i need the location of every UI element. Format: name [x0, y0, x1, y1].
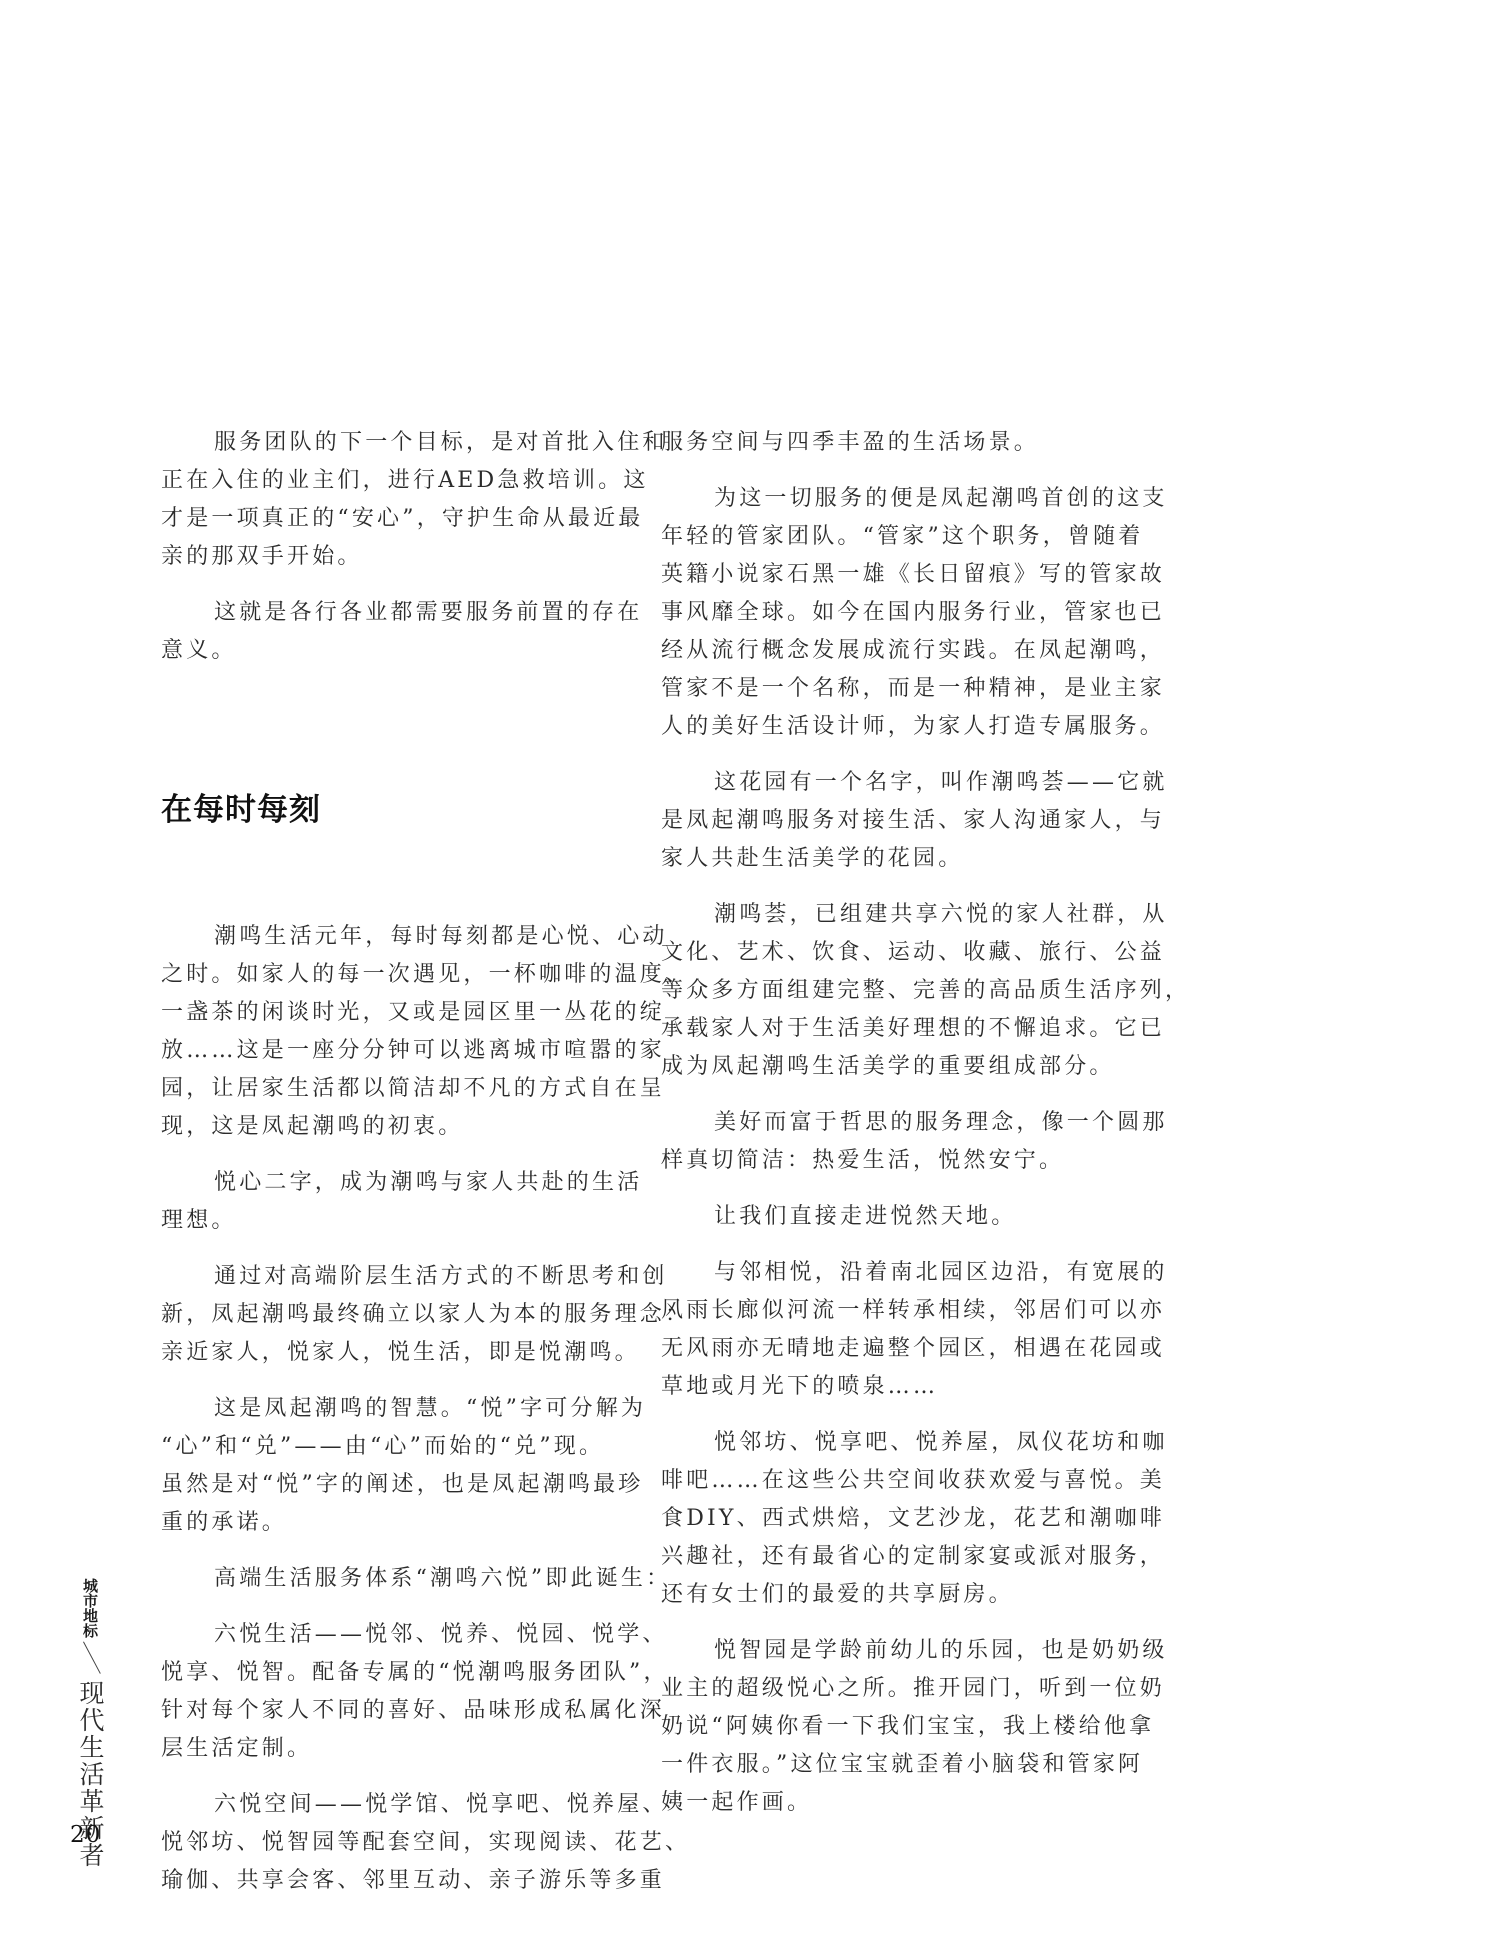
text-line: 样真切简洁：热爱生活，悦然安宁。 — [661, 1142, 1113, 1180]
text-line: 高端生活服务体系“潮鸣六悦”即此诞生： — [161, 1560, 613, 1598]
text-line: 这就是各行各业都需要服务前置的存在 — [161, 594, 613, 632]
text-line: 园，让居家生活都以简洁却不凡的方式自在呈 — [161, 1070, 613, 1108]
paragraph: 服务团队的下一个目标，是对首批入住和 正在入住的业主们，进行AED急救培训。这 … — [161, 424, 613, 576]
text-line: 承载家人对于生活美好理想的不懈追求。它已 — [661, 1010, 1113, 1048]
text-line: 啡吧……在这些公共空间收获欢爱与喜悦。美 — [661, 1462, 1113, 1500]
paragraph: 潮鸣荟，已组建共享六悦的家人社群，从 文化、艺术、饮食、运动、收藏、旅行、公益 … — [661, 896, 1113, 1086]
text-line: 管家不是一个名称，而是一种精神，是业主家 — [661, 670, 1113, 708]
text-line: 放……这是一座分分钟可以逃离城市喧嚣的家 — [161, 1032, 613, 1070]
text-line: 潮鸣荟，已组建共享六悦的家人社群，从 — [661, 896, 1113, 934]
text-line: 理想。 — [161, 1202, 613, 1240]
text-line: 六悦空间——悦学馆、悦享吧、悦养屋、 — [161, 1786, 613, 1824]
text-line: 亲近家人，悦家人，悦生活，即是悦潮鸣。 — [161, 1334, 613, 1372]
section-heading: 在每时每刻 — [161, 780, 613, 840]
text-line: 等众多方面组建完整、完善的高品质生活序列， — [661, 972, 1113, 1010]
text-line: 潮鸣生活元年，每时每刻都是心悦、心动 — [161, 918, 613, 956]
text-line: 家人共赴生活美学的花园。 — [661, 840, 1113, 878]
text-line: 意义。 — [161, 632, 613, 670]
text-line: 兴趣社，还有最省心的定制家宴或派对服务， — [661, 1538, 1113, 1576]
spacer — [161, 688, 613, 740]
paragraph: 六悦生活——悦邻、悦养、悦园、悦学、 悦享、悦智。配备专属的“悦潮鸣服务团队”，… — [161, 1616, 613, 1768]
text-line: 食DIY、西式烘焙，文艺沙龙，花艺和潮咖啡 — [661, 1500, 1113, 1538]
text-line: 服务团队的下一个目标，是对首批入住和 — [161, 424, 613, 462]
paragraph: 悦心二字，成为潮鸣与家人共赴的生活 理想。 — [161, 1164, 613, 1240]
paragraph-continued: 服务空间与四季丰盈的生活场景。 — [661, 424, 1113, 462]
text-line: 之时。如家人的每一次遇见，一杯咖啡的温度、 — [161, 956, 613, 994]
text-line: 文化、艺术、饮食、运动、收藏、旅行、公益 — [661, 934, 1113, 972]
text-line: 通过对高端阶层生活方式的不断思考和创 — [161, 1258, 613, 1296]
text-line: 与邻相悦，沿着南北园区边沿，有宽展的 — [661, 1254, 1113, 1292]
text-line: 新，凤起潮鸣最终确立以家人为本的服务理念： — [161, 1296, 613, 1334]
text-line: 无风雨亦无晴地走遍整个园区，相遇在花园或 — [661, 1330, 1113, 1368]
text-line: 事风靡全球。如今在国内服务行业，管家也已 — [661, 594, 1113, 632]
text-line: 重的承诺。 — [161, 1504, 613, 1542]
text-line: 服务空间与四季丰盈的生活场景。 — [661, 424, 1113, 462]
text-line: 为这一切服务的便是凤起潮鸣首创的这支 — [661, 480, 1113, 518]
text-line: 美好而富于哲思的服务理念，像一个圆那 — [661, 1104, 1113, 1142]
text-line: 经从流行概念发展成流行实践。在凤起潮鸣， — [661, 632, 1113, 670]
text-line: 悦心二字，成为潮鸣与家人共赴的生活 — [161, 1164, 613, 1202]
text-line: 层生活定制。 — [161, 1730, 613, 1768]
slash-divider — [89, 1642, 91, 1676]
text-line: 人的美好生活设计师，为家人打造专属服务。 — [661, 708, 1113, 746]
paragraph: 这是凤起潮鸣的智慧。“悦”字可分解为 “心”和“兑”——由“心”而始的“兑”现。… — [161, 1390, 613, 1542]
text-line: 风雨长廊似河流一样转承相续，邻居们可以亦 — [661, 1292, 1113, 1330]
text-line: 一件衣服。”这位宝宝就歪着小脑袋和管家阿 — [661, 1746, 1113, 1784]
text-line: 悦享、悦智。配备专属的“悦潮鸣服务团队”， — [161, 1654, 613, 1692]
text-line: 正在入住的业主们，进行AED急救培训。这 — [161, 462, 613, 500]
paragraph: 这就是各行各业都需要服务前置的存在 意义。 — [161, 594, 613, 670]
paragraph: 高端生活服务体系“潮鸣六悦”即此诞生： — [161, 1560, 613, 1598]
paragraph: 通过对高端阶层生活方式的不断思考和创 新，凤起潮鸣最终确立以家人为本的服务理念：… — [161, 1258, 613, 1372]
paragraph: 潮鸣生活元年，每时每刻都是心悦、心动 之时。如家人的每一次遇见，一杯咖啡的温度、… — [161, 918, 613, 1146]
paragraph: 这花园有一个名字，叫作潮鸣荟——它就 是凤起潮鸣服务对接生活、家人沟通家人，与 … — [661, 764, 1113, 878]
text-line: 还有女士们的最爱的共享厨房。 — [661, 1576, 1113, 1614]
text-line: 这花园有一个名字，叫作潮鸣荟——它就 — [661, 764, 1113, 802]
paragraph: 美好而富于哲思的服务理念，像一个圆那 样真切简洁：热爱生活，悦然安宁。 — [661, 1104, 1113, 1180]
text-line: 英籍小说家石黑一雄《长日留痕》写的管家故 — [661, 556, 1113, 594]
paragraph: 让我们直接走进悦然天地。 — [661, 1198, 1113, 1236]
text-line: 奶说“阿姨你看一下我们宝宝，我上楼给他拿 — [661, 1708, 1113, 1746]
text-line: 悦智园是学龄前幼儿的乐园，也是奶奶级 — [661, 1632, 1113, 1670]
magazine-page: 服务团队的下一个目标，是对首批入住和 正在入住的业主们，进行AED急救培训。这 … — [0, 0, 1488, 1949]
paragraph: 与邻相悦，沿着南北园区边沿，有宽展的 风雨长廊似河流一样转承相续，邻居们可以亦 … — [661, 1254, 1113, 1406]
page-number: 20 — [70, 1822, 101, 1848]
text-line: 一盏茶的闲谈时光，又或是园区里一丛花的绽 — [161, 994, 613, 1032]
paragraph: 六悦空间——悦学馆、悦享吧、悦养屋、 悦邻坊、悦智园等配套空间，实现阅读、花艺、… — [161, 1786, 613, 1900]
section-label: 城市地标 — [81, 1578, 99, 1638]
left-column: 服务团队的下一个目标，是对首批入住和 正在入住的业主们，进行AED急救培训。这 … — [161, 424, 613, 1918]
text-line: 现，这是凤起潮鸣的初衷。 — [161, 1108, 613, 1146]
text-line: 年轻的管家团队。“管家”这个职务，曾随着 — [661, 518, 1113, 556]
text-line: 六悦生活——悦邻、悦养、悦园、悦学、 — [161, 1616, 613, 1654]
text-line: 针对每个家人不同的喜好、品味形成私属化深 — [161, 1692, 613, 1730]
text-line: 亲的那双手开始。 — [161, 538, 613, 576]
text-line: 草地或月光下的喷泉…… — [661, 1368, 1113, 1406]
text-line: 悦邻坊、悦智园等配套空间，实现阅读、花艺、 — [161, 1824, 613, 1862]
paragraph: 悦智园是学龄前幼儿的乐园，也是奶奶级 业主的超级悦心之所。推开园门，听到一位奶 … — [661, 1632, 1113, 1822]
text-line: 成为凤起潮鸣生活美学的重要组成部分。 — [661, 1048, 1113, 1086]
paragraph: 为这一切服务的便是凤起潮鸣首创的这支 年轻的管家团队。“管家”这个职务，曾随着 … — [661, 480, 1113, 746]
text-line: 让我们直接走进悦然天地。 — [661, 1198, 1113, 1236]
text-line: 瑜伽、共享会客、邻里互动、亲子游乐等多重 — [161, 1862, 613, 1900]
text-line: 姨一起作画。 — [661, 1784, 1113, 1822]
spacer — [161, 840, 613, 918]
text-line: 悦邻坊、悦享吧、悦养屋，凤仪花坊和咖 — [661, 1424, 1113, 1462]
text-line: 这是凤起潮鸣的智慧。“悦”字可分解为 — [161, 1390, 613, 1428]
right-column: 服务空间与四季丰盈的生活场景。 为这一切服务的便是凤起潮鸣首创的这支 年轻的管家… — [661, 424, 1113, 1840]
text-line: 虽然是对“悦”字的阐述，也是凤起潮鸣最珍 — [161, 1466, 613, 1504]
text-line: 才是一项真正的“安心”，守护生命从最近最 — [161, 500, 613, 538]
text-line: 是凤起潮鸣服务对接生活、家人沟通家人，与 — [661, 802, 1113, 840]
paragraph: 悦邻坊、悦享吧、悦养屋，凤仪花坊和咖 啡吧……在这些公共空间收获欢爱与喜悦。美 … — [661, 1424, 1113, 1614]
text-line: 业主的超级悦心之所。推开园门，听到一位奶 — [661, 1670, 1113, 1708]
text-line: “心”和“兑”——由“心”而始的“兑”现。 — [161, 1428, 613, 1466]
